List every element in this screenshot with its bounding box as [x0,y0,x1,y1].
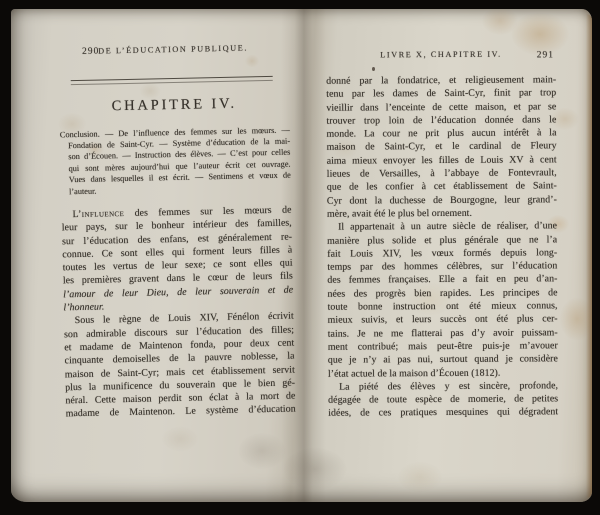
text-line: manière plus solide et plus générale que… [327,233,557,248]
text-line: maison de Saint-Cyr, et le cardinal de F… [327,140,557,155]
text-line: idées, de ces pratiques mesquines qui dé… [328,406,558,421]
smallcaps-lead: L’influence [72,208,124,220]
page-body: L’influence des femmes sur les mœurs del… [61,203,295,421]
chapter-summary: Conclusion. — De l’influence des femmes … [60,124,291,197]
text-line: monde. La cour ne prit plus aucun intérê… [326,126,556,141]
text-line: l’état actuel de la maison d’Écouen (181… [328,366,558,381]
body-paragraph: Il appartenait à un autre siècle de réal… [327,220,558,381]
running-head: LIVRE X, CHAPITRE IV. 291 [326,49,556,63]
page-body: donné par la fondatrice, et religieuseme… [326,73,558,420]
body-paragraph: L’influence des femmes sur les mœurs del… [61,203,293,288]
text-line: ment contribué; mais peut-être puis-je m… [328,339,558,354]
text-line: vieillir dans l’enceinte de cette maison… [326,100,556,115]
text-line: donné par la fondatrice, et religieuseme… [326,73,556,88]
text-line: des femmes françaises. Elle a fait en pe… [327,273,557,288]
running-title: LIVRE X, CHAPITRE IV. [380,50,502,60]
chapter-rule [71,76,273,85]
text-line: aima mieux envoyer les filles de Louis X… [327,153,557,168]
page-left: 290 DE L’ÉDUCATION PUBLIQUE. CHAPITRE IV… [58,43,296,421]
text-line: dégagée de toute espèce de momerie, de p… [328,392,558,407]
page-number: 291 [537,50,554,60]
text-line: nées des progrès bien rapides. Les princ… [327,286,557,301]
text-line: temps par des hommes célèbres, sur l’édu… [327,259,557,274]
body-paragraph: donné par la fondatrice, et religieuseme… [326,73,557,221]
running-head: 290 DE L’ÉDUCATION PUBLIQUE. [58,43,288,61]
text-line: tains. Je ne me flatterai pas d’y avoir … [328,326,558,341]
text-line: La piété des élèves y est sincère, profo… [328,379,558,394]
book-spread: 290 DE L’ÉDUCATION PUBLIQUE. CHAPITRE IV… [11,9,592,502]
text-line: Il appartenait à un autre siècle de réal… [327,220,557,235]
text-line: mieux suivis, et leurs succès ont été pl… [328,313,558,328]
body-paragraph: La piété des élèves y est sincère, profo… [328,379,558,420]
text-line: mère, avait été le plus bel ornement. [327,206,557,221]
text-line: toute bonne instruction ont été mieux co… [328,299,558,314]
body-paragraph: Sous le règne de Louis XIV, Fénélon écri… [64,310,296,421]
text-line: fait Louis XIV, les vœux formés depuis l… [327,246,557,261]
page-number: 290 [82,47,99,57]
text-line: trouver trop loin de l’éducation donnée … [326,113,556,128]
text-line: tenu par les dames de Saint-Cyr, finit p… [326,87,556,102]
text-line: que de les confier à cet établissement d… [327,180,557,195]
text-line: lieues de Versailles, à l’abbaye de Font… [327,166,557,181]
running-title: DE L’ÉDUCATION PUBLIQUE. [98,43,248,55]
text-line: Cyr dont la duchesse de Bourgogne, leur … [327,193,557,208]
page-fore-edge [586,14,592,498]
text-line: que je n’y ai pas nui, surtout quand je … [328,353,558,368]
page-right: LIVRE X, CHAPITRE IV. 291 donné par la f… [326,49,558,420]
chapter-heading: CHAPITRE IV. [59,94,289,116]
